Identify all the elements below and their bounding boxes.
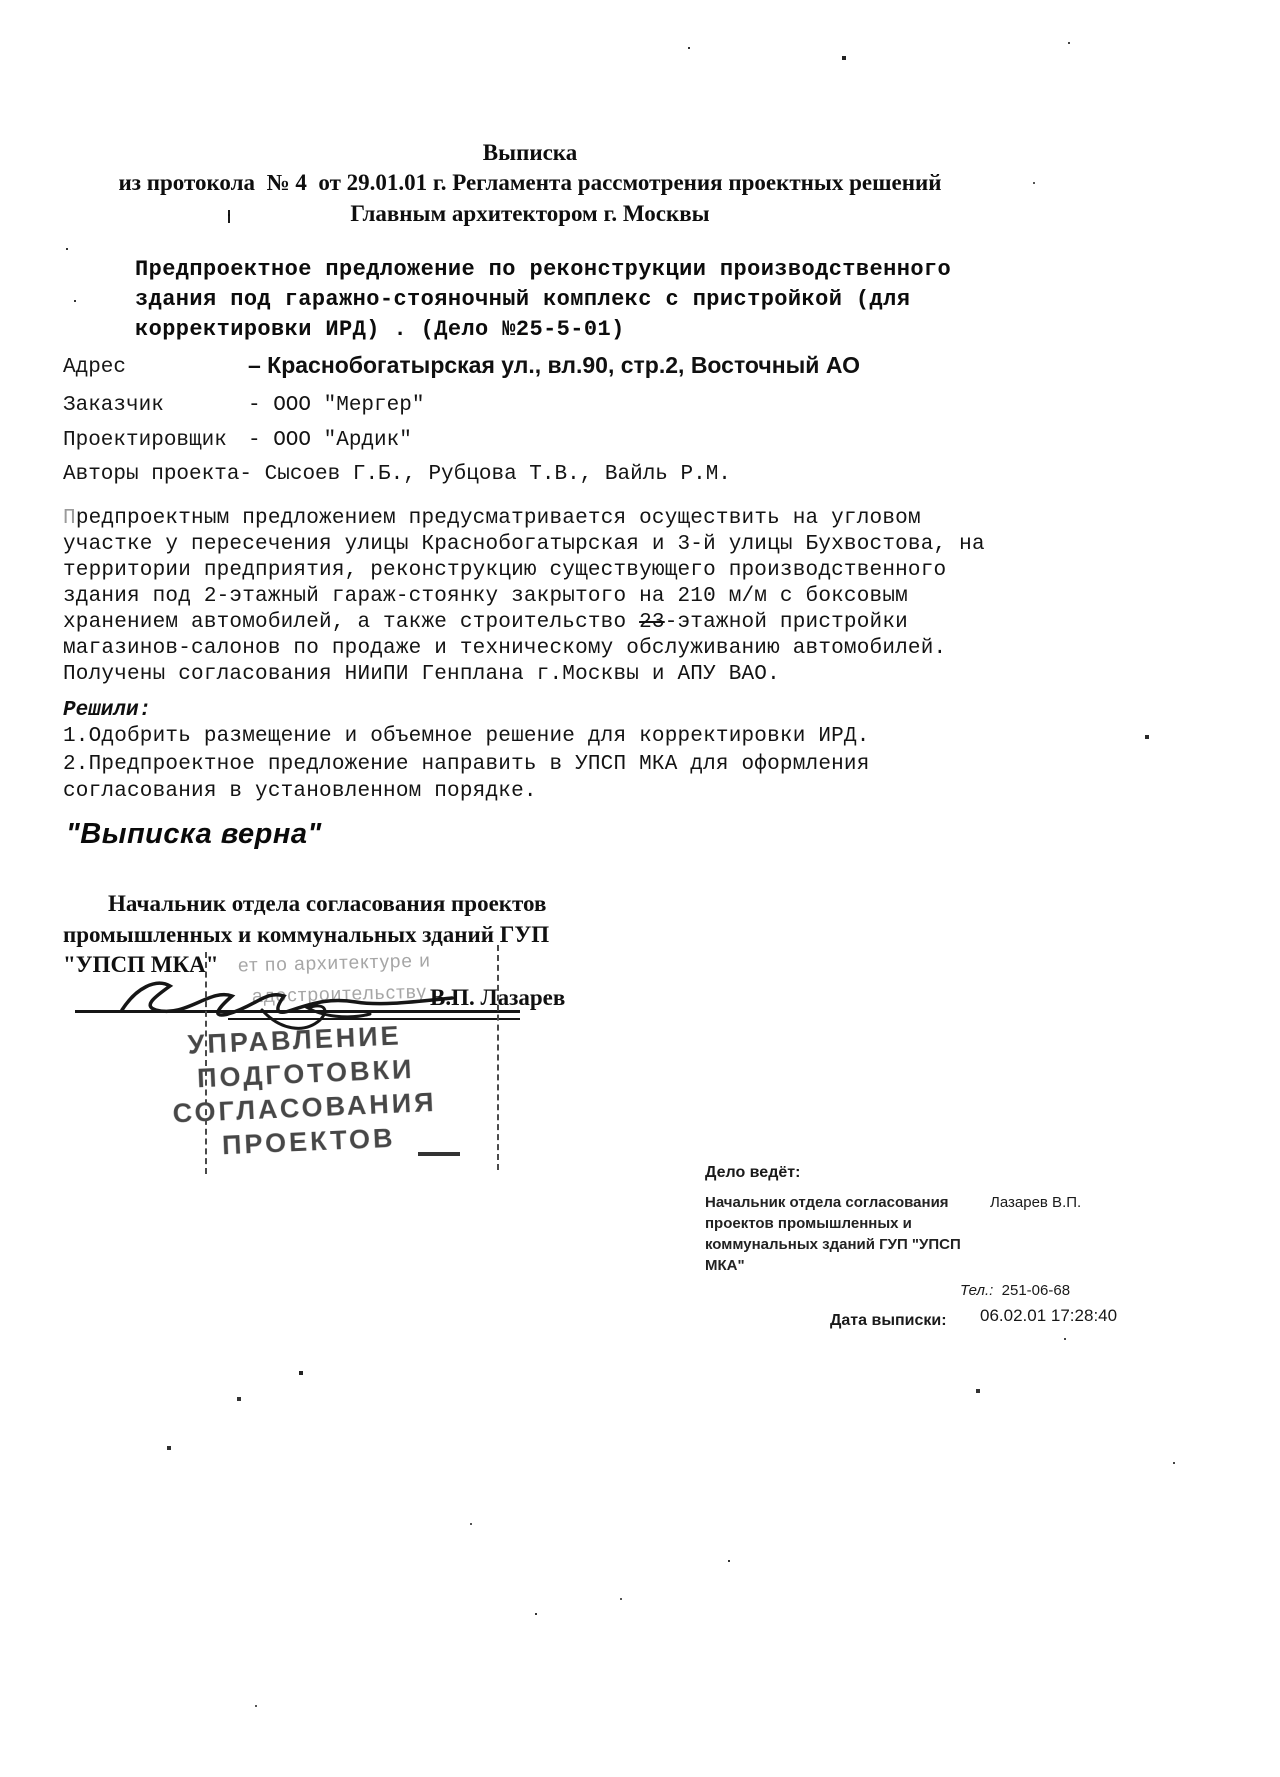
field-label-designer: Проектировщик (63, 429, 227, 452)
scan-noise-speckles (0, 0, 2, 2)
subject-line-3: корректировки ИРД) . (Дело №25-5-01) (135, 317, 625, 342)
body-line-6: магазинов-салонов по продаже и техническ… (63, 637, 946, 660)
stamp-word-1: УПРАВЛЕНИЕ (187, 1020, 402, 1060)
body-line-1: Предпроектным предложением предусматрива… (63, 507, 921, 530)
document-page: Выписка из протокола № 4 от 29.01.01 г. … (0, 0, 1280, 1777)
decision-heading: Решили: (63, 699, 151, 722)
phone-spacer (993, 1282, 1001, 1299)
decision-item-2-line-1: 2.Предпроектное предложение направить в … (63, 753, 870, 776)
subject-line-2: здания под гаражно-стояночный комплекс с… (135, 287, 910, 312)
document-title: Выписка (0, 140, 1060, 166)
subject-line-1: Предпроектное предложение по реконструкц… (135, 257, 951, 282)
extract-date-label: Дата выписки: (830, 1310, 947, 1331)
body-line-2: участке у пересечения улицы Краснобогаты… (63, 533, 985, 556)
body-line-1-faint-prefix: П (63, 507, 76, 530)
field-label-address: Адрес (63, 356, 126, 379)
architect-line: Главным архитектором г. Москвы (0, 201, 1060, 227)
signatory-line-1: Начальник отдела согласования проектов (108, 891, 546, 917)
stamp-border-bottom-fragment (418, 1152, 460, 1156)
scan-artifact-tick (228, 210, 230, 223)
stamp-border-right (497, 945, 499, 1170)
stamp-word-4: ПРОЕКТОВ (221, 1123, 396, 1162)
body-line-5-struck-number: 23 (639, 611, 665, 634)
field-value-customer: - ООО "Мергер" (248, 394, 424, 417)
field-label-customer: Заказчик (63, 394, 164, 417)
case-handler-heading: Дело ведёт: (705, 1162, 800, 1183)
extract-date-value: 06.02.01 17:28:40 (980, 1306, 1117, 1326)
body-line-4: здания под 2-этажный гараж-стоянку закры… (63, 585, 908, 608)
decision-item-1: 1.Одобрить размещение и объемное решение… (63, 725, 870, 748)
body-line-5-post: -этажной пристройки (665, 611, 908, 634)
body-line-1-text: редпроектным предложением предусматривае… (76, 507, 921, 530)
phone-line: Тел.: 251-06-68 (960, 1280, 1070, 1301)
case-handler-role: Начальник отдела согласования проектов п… (705, 1192, 963, 1276)
signature-line (75, 1010, 520, 1013)
protocol-line: из протокола № 4 от 29.01.01 г. Регламен… (0, 170, 1060, 196)
signatory-line-2: промышленных и коммунальных зданий ГУП (63, 922, 549, 948)
phone-number: 251-06-68 (1002, 1282, 1070, 1299)
body-line-7: Получены согласования НИиПИ Генплана г.М… (63, 663, 780, 686)
field-value-designer: - ООО "Ардик" (248, 429, 412, 452)
phone-label: Тел.: (960, 1282, 993, 1299)
decision-item-2-line-2: согласования в установленном порядке. (63, 780, 537, 803)
field-value-address: – Краснобогатырская ул., вл.90, стр.2, В… (248, 352, 860, 379)
extract-correct-statement: "Выписка верна" (66, 818, 322, 851)
stamp-border-left (205, 952, 207, 1174)
body-line-3: территории предприятия, реконструкцию су… (63, 559, 946, 582)
body-line-5: хранением автомобилей, а также строитель… (63, 611, 908, 634)
body-line-5-pre: хранением автомобилей, а также строитель… (63, 611, 639, 634)
case-handler-name: Лазарев В.П. (990, 1192, 1081, 1213)
authors-line: Авторы проекта- Сысоев Г.Б., Рубцова Т.В… (63, 463, 731, 486)
